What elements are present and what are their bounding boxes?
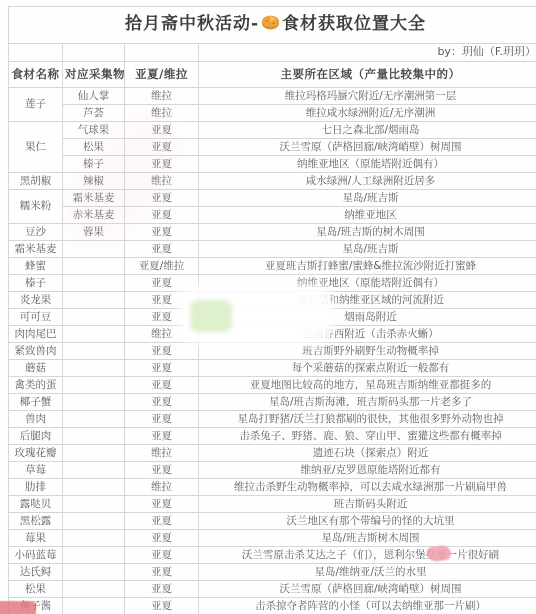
table-row: 蘑菇亚夏每个采蘑菇的探索点附近一般都有 [9,360,536,377]
area-cell: 纳维亚地区 [199,207,536,224]
realm-cell: 亚夏 [125,428,199,445]
ingredient-cell: 蜂蜜 [9,258,63,275]
realm-cell: 亚夏 [125,411,199,428]
realm-cell: 维拉 [125,88,199,105]
area-cell: 维拉击杀野生动物概率掉，可以去咸水绿洲那一片刷扁甲兽 [199,479,536,496]
ingredient-cell: 玫瑰花瓣 [9,445,63,462]
table-row: 蜂蜜亚夏/维拉亚夏班吉斯打蜂蜜/蜜蜂&维拉流沙附近打蜜蜂 [9,258,536,275]
realm-cell: 亚夏 [125,581,199,598]
collectible-cell: 芦荟 [63,105,125,122]
table-row: 草莓亚夏维纳亚/克罗恩原能塔附近都有 [9,462,536,479]
area-cell: 七日之森北部/烟雨岛 [199,122,536,139]
area-cell: 沃兰雪原（萨格回廊/峡湾峭壁）树周围 [199,581,536,598]
realm-cell: 亚夏 [125,598,199,614]
table-row: 紧致兽肉亚夏班吉斯野外刷野生动物概率掉 [9,343,536,360]
collectible-cell [63,513,125,530]
area-cell: 班吉斯码头附近 [199,496,536,513]
area-cell: 亚夏地图比较高的地方，星岛班吉斯纳维亚都挺多的 [199,377,536,394]
ingredient-cell: 榛子 [9,275,63,292]
collectible-cell [63,292,125,309]
area-cell: 班吉斯野外刷野生动物概率掉 [199,343,536,360]
header-row: 食材名称 对应采集物 亚夏/维拉 主要所在区域（产量比较集中的） [9,62,536,88]
ingredient-cell: 露哒贝 [9,496,63,513]
ingredient-cell: 兽肉 [9,411,63,428]
table-row: 达氏鲟亚夏星岛/维纳亚/沃兰的水里 [9,564,536,581]
realm-cell: 亚夏 [125,547,199,564]
collectible-cell [63,530,125,547]
table-row: 露哒贝亚夏班吉斯码头附近 [9,496,536,513]
ingredient-cell: 蘑菇 [9,360,63,377]
ingredient-cell: 糯米粉 [9,190,63,224]
collectible-cell [63,411,125,428]
title-row: 拾月斋中秋活动- 食材获取位置大全 [9,7,536,44]
ingredient-cell: 肋排 [9,479,63,496]
realm-cell: 亚夏 [125,360,199,377]
table-row: 玫瑰花瓣维拉遗迹石块（探索点）附近 [9,445,536,462]
collectible-cell [63,598,125,614]
table-row: 禽类的蛋亚夏亚夏地图比较高的地方，星岛班吉斯纳维亚都挺多的 [9,377,536,394]
realm-cell: 亚夏 [125,275,199,292]
area-cell: 星岛/班吉斯的树木周围 [199,224,536,241]
collectible-cell [63,445,125,462]
area-cell: 击杀掠夺者阵营的小怪（可以去纳维亚那一片刷） [199,598,536,614]
realm-cell: 亚夏 [125,496,199,513]
ingredient-cell: 莓果 [9,530,63,547]
collectible-cell [63,462,125,479]
table-row: 兽肉亚夏星岛打野猪/沃兰打狼都刷的很快，其他很多野外动物也掉 [9,411,536,428]
page-title-prefix: 拾月斋中秋活动- [125,15,259,35]
ingredient-cell: 豆沙 [9,224,63,241]
column-header-area: 主要所在区域（产量比较集中的） [199,62,536,88]
collectible-cell [63,428,125,445]
realm-cell: 亚夏 [125,530,199,547]
byline: by：玥仙（F.玥玥） [199,44,536,62]
ingredient-cell: 果仁 [9,122,63,173]
area-cell: 沃兰雪原击杀艾达之子（们），恩利尔堡垒那一片很好刷 [199,547,536,564]
table-row: 莓果亚夏星岛/班吉斯树木周围 [9,530,536,547]
collectible-cell [63,275,125,292]
table-row: 黑松露亚夏沃兰地区有那个带编号的怪的大坑里 [9,513,536,530]
area-cell: 星岛打野猪/沃兰打狼都刷的很快，其他很多野外动物也掉 [199,411,536,428]
area-cell: 每个采蘑菇的探索点附近一般都有 [199,360,536,377]
ingredient-cell: 肉肉尾巴 [9,326,63,343]
area-cell: 维纳亚/克罗恩原能塔附近都有 [199,462,536,479]
table-row: 椰子蟹亚夏星岛/班吉斯海滩，班吉斯码头那一片老多了 [9,394,536,411]
ingredient-cell: 紧致兽肉 [9,343,63,360]
page-title-suffix: 食材获取位置大全 [282,15,426,35]
ingredient-cell: 达氏鲟 [9,564,63,581]
area-cell: 击杀兔子、野猪、鹿、狼、穿山甲、蜜獾这些都有概率掉 [199,428,536,445]
ingredient-cell: 黑松露 [9,513,63,530]
mooncake-icon [261,14,280,36]
realm-cell: 亚夏 [125,343,199,360]
realm-cell: 亚夏 [125,394,199,411]
collectible-cell: 仙人掌 [63,88,125,105]
area-cell: 维拉玛格玛蜃穴附近/无序潮洲第一层 [199,88,536,105]
collectible-cell [63,496,125,513]
area-cell: 沃兰雪原（萨格回廊/峡湾峭壁）树周围 [199,139,536,156]
area-cell: 维拉咸水绿洲附近/无序潮洲 [199,105,536,122]
table-row: 肋排维拉维拉击杀野生动物概率掉，可以去咸水绿洲那一片刷扁甲兽 [9,479,536,496]
table-row: 莲子仙人掌维拉维拉玛格玛蜃穴附近/无序潮洲第一层 [9,88,536,105]
area-cell: 咸水绿洲/人工绿洲附近居多 [199,173,536,190]
table-row: 鱼子酱亚夏击杀掠夺者阵营的小怪（可以去纳维亚那一片刷） [9,598,536,614]
area-cell: 纳维亚地区（原能塔附近偶有） [199,275,536,292]
area-cell: 星岛/维纳亚/沃兰的水里 [199,564,536,581]
realm-cell: 亚夏/维拉 [125,258,199,275]
collectible-cell [63,377,125,394]
area-cell: 亚夏班吉斯打蜂蜜/蜜蜂&维拉流沙附近打蜜蜂 [199,258,536,275]
realm-cell: 维拉 [125,479,199,496]
collectible-cell [63,326,125,343]
collectible-cell [63,394,125,411]
collectible-cell [63,547,125,564]
ingredient-cell: 禽类的蛋 [9,377,63,394]
area-cell: 纳维亚地区（原能塔附近偶有） [199,156,536,173]
column-header-collectible: 对应采集物 [63,62,125,88]
realm-cell: 亚夏 [125,564,199,581]
column-header-realm: 亚夏/维拉 [125,62,199,88]
collectible-cell [63,564,125,581]
area-cell: 星岛/班吉斯树木周围 [199,530,536,547]
byline-row: by：玥仙（F.玥玥） [9,44,536,62]
ingredient-cell: 莲子 [9,88,63,122]
collectible-cell [63,343,125,360]
ingredient-cell: 炎龙果 [9,292,63,309]
area-cell: 遗迹石块（探索点）附近 [199,445,536,462]
realm-cell: 亚夏 [125,462,199,479]
realm-cell: 维拉 [125,445,199,462]
column-header-ingredient: 食材名称 [9,62,63,88]
table-row: 果仁气球果亚夏七日之森北部/烟雨岛 [9,122,536,139]
collectible-cell [63,258,125,275]
ingredient-cell: 可可豆 [9,309,63,326]
table-row: 小码蓝莓亚夏沃兰雪原击杀艾达之子（们），恩利尔堡垒那一片很好刷 [9,547,536,564]
red-corner-mark [0,601,36,614]
ingredient-cell: 后腿肉 [9,428,63,445]
area-cell: 星岛/班吉斯 [199,241,536,258]
ingredient-cell: 小码蓝莓 [9,547,63,564]
realm-cell: 亚夏 [125,513,199,530]
censor-blur-green-blob [190,300,232,332]
collectible-cell [63,360,125,377]
realm-cell: 亚夏 [125,377,199,394]
ingredient-cell: 松果 [9,581,63,598]
ingredient-cell: 草莓 [9,462,63,479]
page-title: 拾月斋中秋活动- 食材获取位置大全 [11,14,536,36]
ingredient-cell: 黑胡椒 [9,173,63,190]
area-cell: 星岛/班吉斯 [199,190,536,207]
area-cell: 星岛/班吉斯海滩，班吉斯码头那一片老多了 [199,394,536,411]
table-row: 芦荟维拉维拉咸水绿洲附近/无序潮洲 [9,105,536,122]
ingredient-cell: 霜米基麦 [9,241,63,258]
collectible-cell [63,479,125,496]
collectible-cell [63,581,125,598]
table-row: 后腿肉亚夏击杀兔子、野猪、鹿、狼、穿山甲、蜜獾这些都有概率掉 [9,428,536,445]
realm-cell: 亚夏 [125,241,199,258]
collectible-cell [63,309,125,326]
ingredient-cell: 椰子蟹 [9,394,63,411]
table-row: 松果亚夏沃兰雪原（萨格回廊/峡湾峭壁）树周围 [9,581,536,598]
guide-page: 拾月斋中秋活动- 食材获取位置大全 [0,0,536,614]
area-cell: 沃兰地区有那个带编号的怪的大坑里 [199,513,536,530]
table-row: 榛子亚夏纳维亚地区（原能塔附近偶有） [9,275,536,292]
